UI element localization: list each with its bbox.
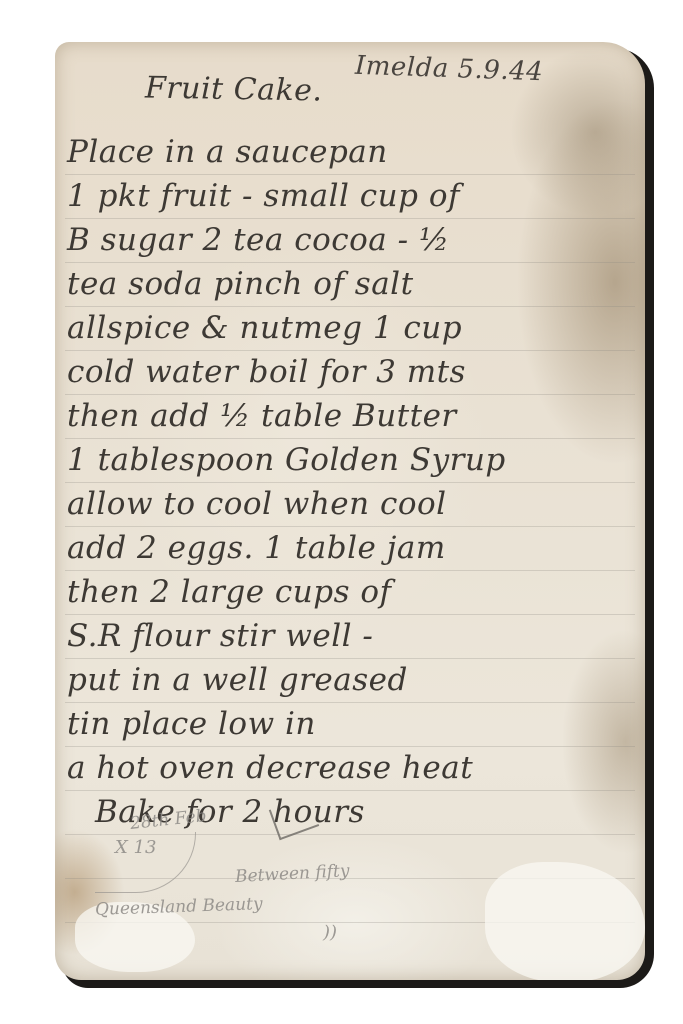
recipe-line: cold water boil for 3 mts bbox=[67, 354, 466, 390]
recipe-line: B sugar 2 tea cocoa - ½ bbox=[67, 222, 450, 258]
recipe-line: tea soda pinch of salt bbox=[67, 266, 414, 302]
pencil-note: Between fifty bbox=[235, 861, 350, 887]
ruled-line bbox=[65, 790, 635, 791]
pencil-mark: )) bbox=[323, 922, 337, 943]
ruled-line bbox=[65, 526, 635, 527]
paper-wear-patch bbox=[485, 862, 645, 980]
ruled-line bbox=[65, 350, 635, 351]
recipe-line: Place in a saucepan bbox=[67, 134, 388, 170]
recipe-line: put in a well greased bbox=[67, 662, 408, 698]
recipe-line: allow to cool when cool bbox=[67, 486, 447, 522]
ruled-line bbox=[65, 702, 635, 703]
pencil-note: Queensland Beauty bbox=[95, 894, 263, 920]
ruled-line bbox=[65, 746, 635, 747]
pencil-circle-mark bbox=[95, 832, 196, 893]
ruled-line bbox=[65, 218, 635, 219]
recipe-line: then 2 large cups of bbox=[67, 574, 392, 610]
ruled-line bbox=[65, 306, 635, 307]
ruled-line bbox=[65, 174, 635, 175]
recipe-line: 1 pkt fruit - small cup of bbox=[67, 178, 460, 214]
recipe-card: Imelda 5.9.44 Fruit Cake. Place in a sau… bbox=[55, 42, 645, 980]
ruled-line bbox=[65, 570, 635, 571]
recipe-line: a hot oven decrease heat bbox=[67, 750, 473, 786]
ruled-line bbox=[65, 262, 635, 263]
ruled-line bbox=[65, 438, 635, 439]
ruled-line bbox=[65, 658, 635, 659]
recipe-line: 1 tablespoon Golden Syrup bbox=[67, 442, 506, 478]
ruled-line bbox=[65, 394, 635, 395]
ruled-line bbox=[65, 614, 635, 615]
recipe-line: tin place low in bbox=[67, 706, 316, 742]
recipe-line: S.R flour stir well - bbox=[67, 618, 373, 654]
recipe-line: then add ½ table Butter bbox=[67, 398, 457, 434]
signature-date: Imelda 5.9.44 bbox=[355, 51, 544, 88]
ruled-line bbox=[65, 482, 635, 483]
recipe-title: Fruit Cake. bbox=[145, 70, 323, 108]
recipe-line: add 2 eggs. 1 table jam bbox=[67, 530, 446, 566]
recipe-line: allspice & nutmeg 1 cup bbox=[67, 310, 462, 346]
